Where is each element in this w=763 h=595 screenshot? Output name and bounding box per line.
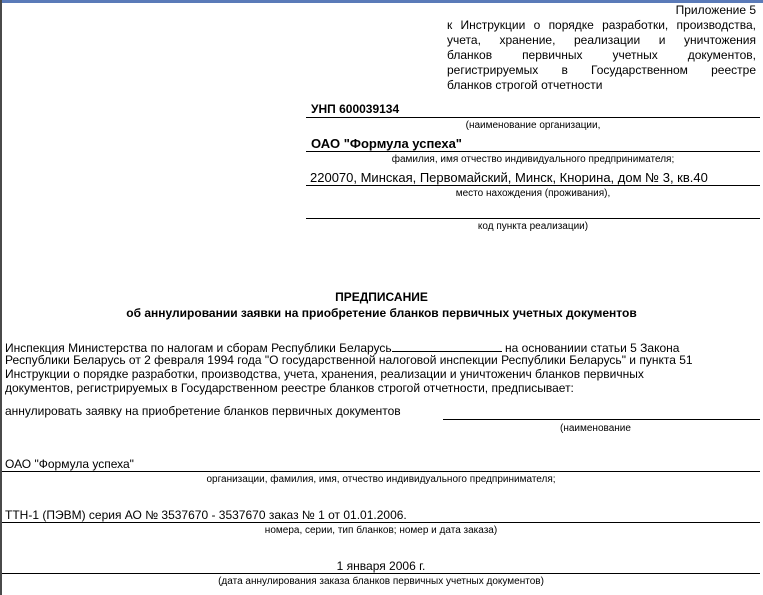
- annul-text: аннулировать заявку на приобретение блан…: [5, 404, 401, 418]
- unp-field[interactable]: УНП 600039134: [311, 102, 399, 116]
- document-title: ПРЕДПИСАНИЕ: [0, 290, 763, 304]
- divider: [306, 151, 760, 152]
- word: разработки,: [602, 18, 668, 33]
- word: документов,: [688, 48, 756, 63]
- word: учета,: [447, 33, 481, 48]
- word: хранение,: [499, 33, 555, 48]
- date-value[interactable]: 1 января 2006 г.: [2, 559, 760, 573]
- word: порядке: [549, 18, 594, 33]
- divider: [306, 117, 760, 118]
- date-caption: (дата аннулирования заказа бланков перви…: [2, 576, 760, 588]
- org-name-value[interactable]: ОАО "Формула успеха": [5, 457, 134, 471]
- word: к: [447, 18, 452, 33]
- blanks-caption: номера, серии, тип бланков; номер и дата…: [2, 525, 760, 537]
- body-line-2: Республики Беларусь от 2 февраля 1994 го…: [5, 353, 693, 367]
- org-caption-2: организации, фамилия, имя, отчество инди…: [2, 474, 760, 486]
- word: в: [561, 63, 567, 78]
- word: бланков строгой отчетности: [447, 78, 603, 92]
- word: уничтожения: [684, 33, 756, 48]
- word: реестре: [711, 63, 756, 78]
- address-caption: место нахождения (проживания),: [306, 188, 760, 200]
- appendix-line-5: бланков строгой отчетности: [447, 78, 756, 93]
- inspection-blank-field[interactable]: [392, 339, 502, 352]
- org-caption: (наименование организации,: [306, 120, 760, 132]
- body-line-4: документов, регистрируемых в Государстве…: [5, 381, 574, 395]
- document-subtitle: об аннулировании заявки на приобретение …: [0, 306, 763, 320]
- word: учетных: [612, 48, 657, 63]
- org-name-field[interactable]: ОАО "Формула успеха": [311, 136, 462, 151]
- naim-caption: (наименование: [560, 423, 631, 435]
- appendix-block: Приложение 5 к Инструкции о порядке разр…: [447, 3, 756, 93]
- word: первичных: [522, 48, 582, 63]
- appendix-line-3: бланков первичных учетных документов,: [447, 48, 756, 63]
- appendix-line-4: регистрируемых в Государственном реестре: [447, 63, 756, 78]
- blanks-value[interactable]: ТТН-1 (ПЭВМ) серия АО № 3537670 - 353767…: [5, 508, 407, 522]
- divider: [2, 522, 760, 523]
- word: реализации: [574, 33, 640, 48]
- divider: [306, 185, 760, 186]
- word: Государственном: [591, 63, 688, 78]
- address-field[interactable]: 220070, Минская, Первомайский, Минск, Кн…: [310, 170, 708, 185]
- word: и: [659, 33, 666, 48]
- word: о: [534, 18, 541, 33]
- fio-caption: фамилия, имя отчество индивидуального пр…: [306, 154, 760, 166]
- divider: [2, 471, 760, 472]
- word: регистрируемых: [447, 63, 538, 78]
- appendix-title: Приложение 5: [447, 3, 756, 18]
- appendix-line-1: к Инструкции о порядке разработки, произ…: [447, 18, 756, 33]
- divider: [306, 218, 760, 219]
- word: бланков: [447, 48, 492, 63]
- body-line-3: Инструкции о порядке разработки, произво…: [5, 367, 644, 381]
- divider: [2, 573, 760, 574]
- appendix-line-2: учета, хранение, реализации и уничтожени…: [447, 33, 756, 48]
- word: Инструкции: [461, 18, 526, 33]
- divider: [443, 419, 760, 420]
- point-code-caption: код пункта реализации): [306, 221, 760, 233]
- word: производства,: [677, 18, 756, 33]
